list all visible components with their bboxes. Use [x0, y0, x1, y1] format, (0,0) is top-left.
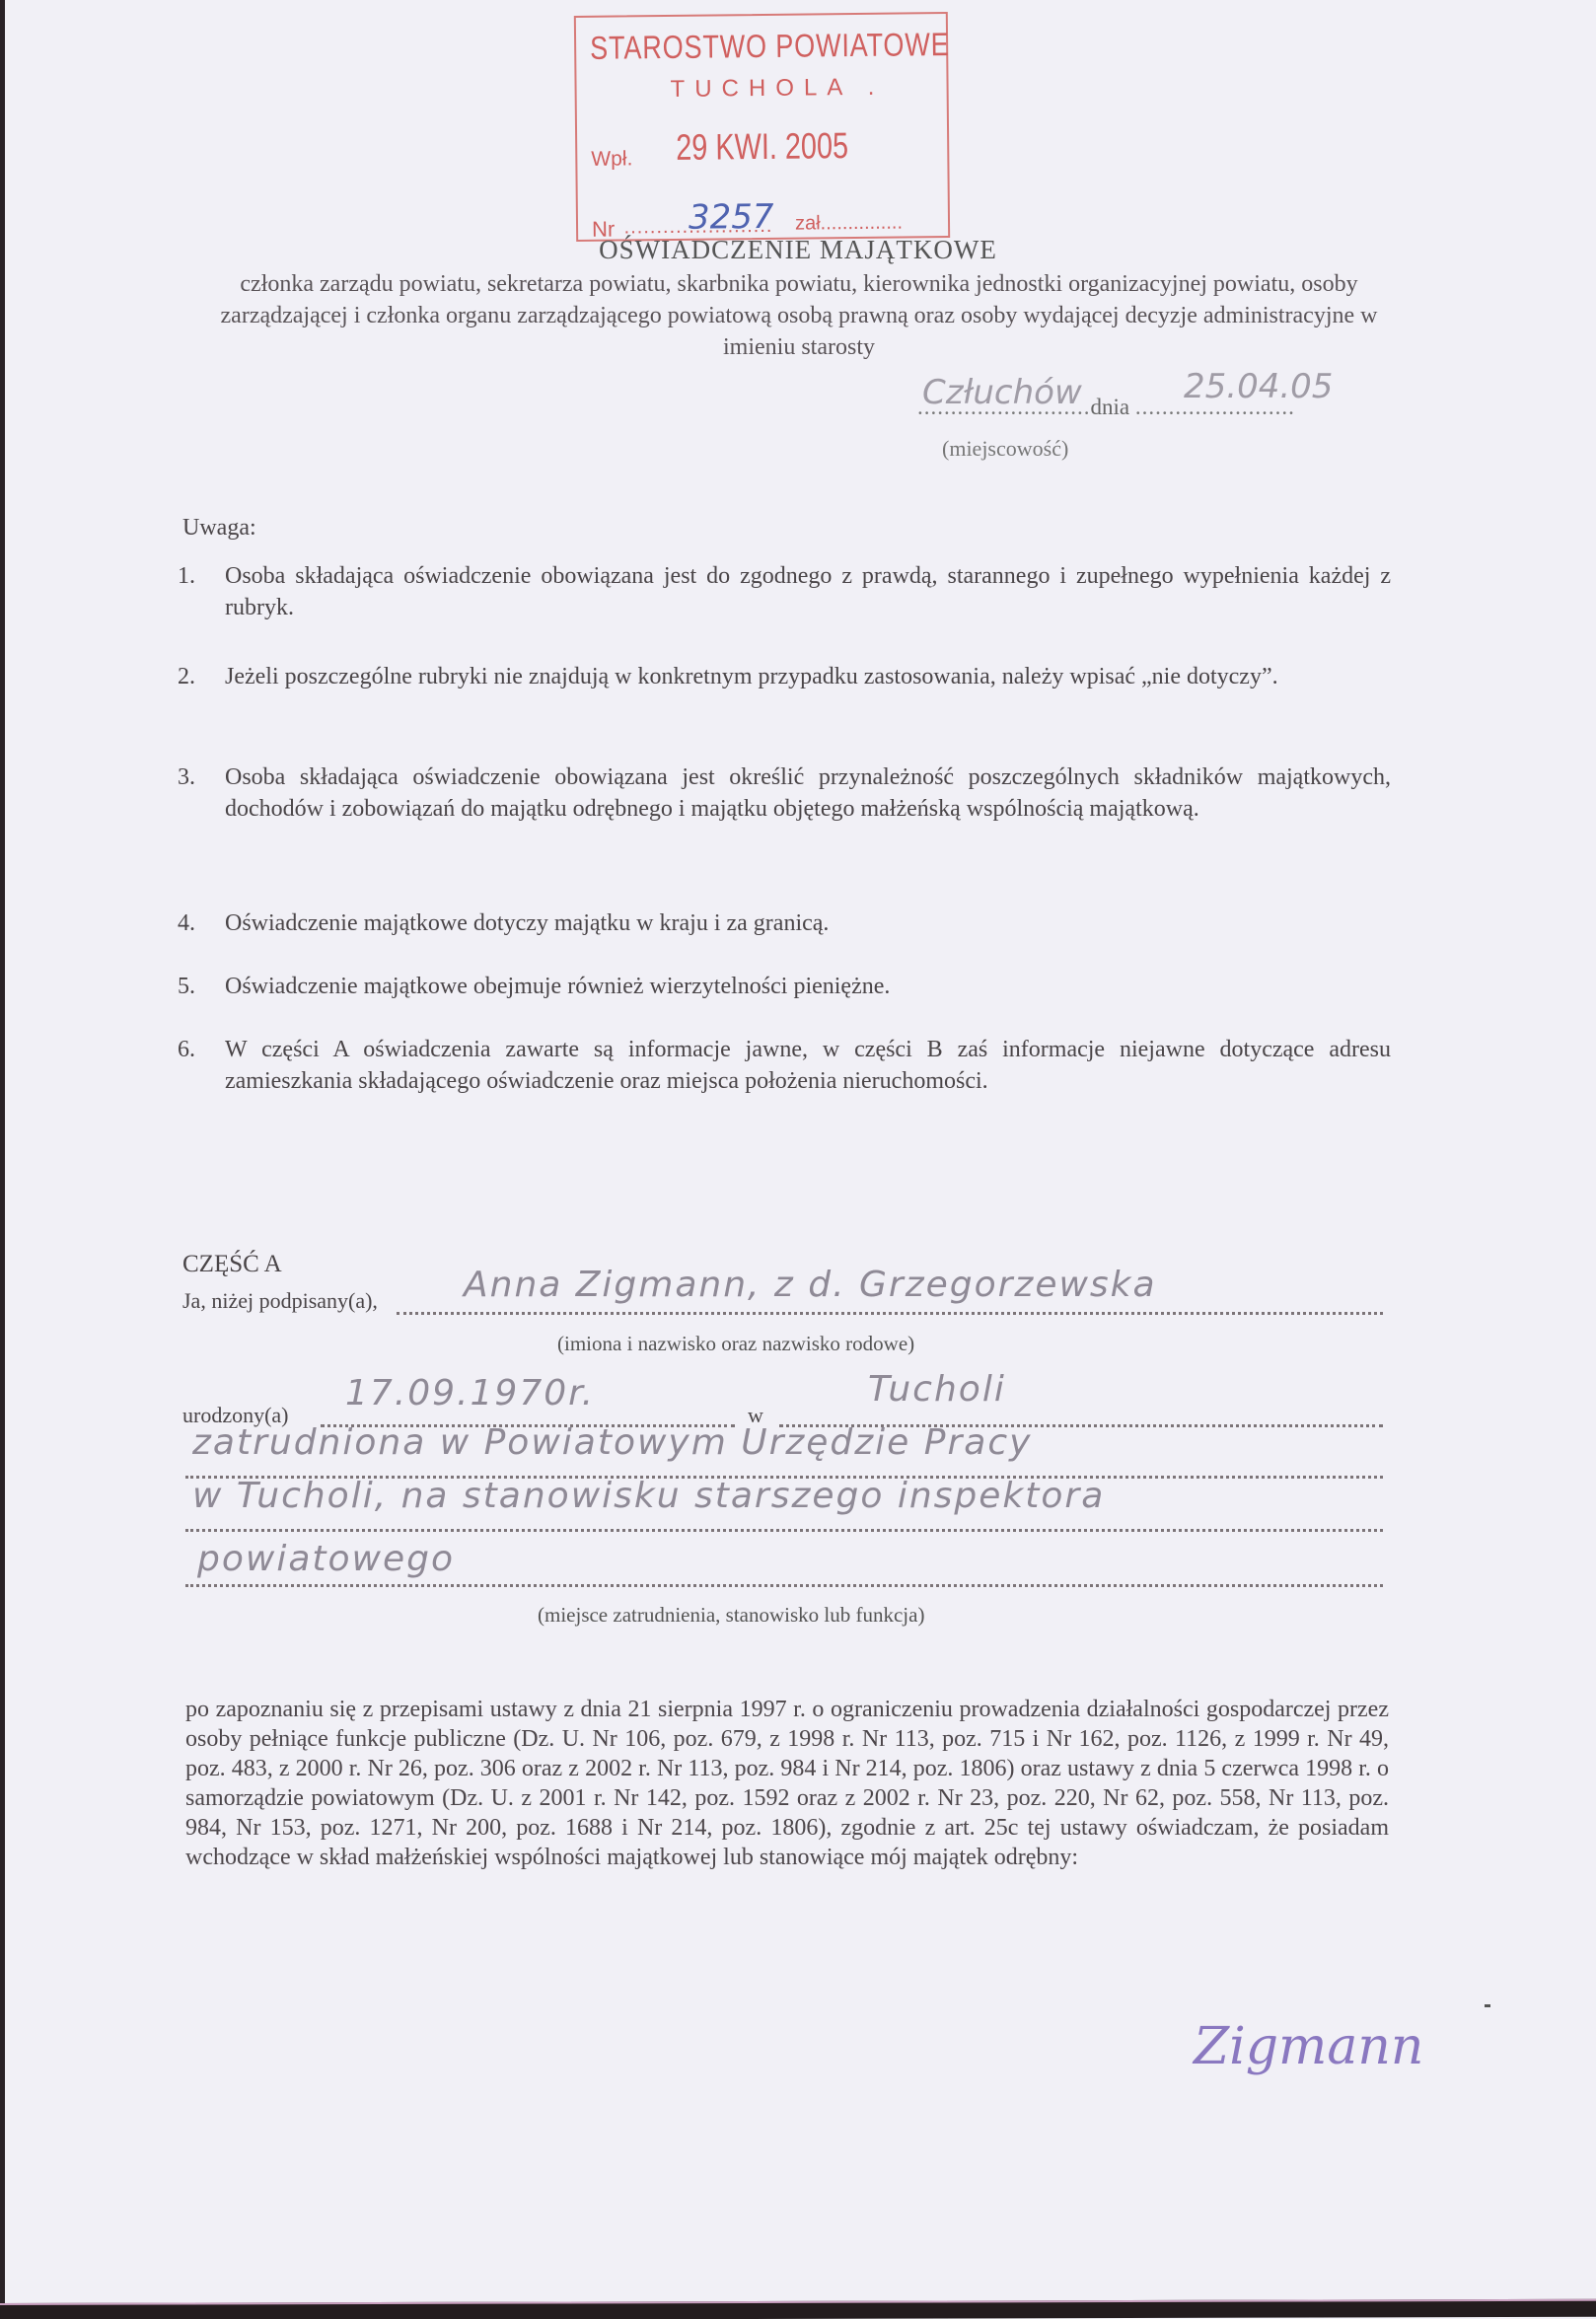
- employment-caption: (miejsce zatrudnienia, stanowisko lub fu…: [538, 1603, 924, 1628]
- note-item: 4. Oświadczenie majątkowe dotyczy majątk…: [178, 907, 1391, 939]
- stamp-city: TUCHOLA .: [670, 74, 884, 104]
- note-number: 6.: [178, 1034, 217, 1065]
- note-text: Osoba składająca oświadczenie obowiązana…: [225, 560, 1391, 623]
- document-subtitle: członka zarządu powiatu, sekretarza powi…: [187, 268, 1411, 363]
- part-a-heading: CZĘŚĆ A: [182, 1251, 282, 1278]
- born-date-handwritten: 17.09.1970r.: [345, 1373, 595, 1413]
- scan-mark: [1485, 2004, 1490, 2007]
- note-number: 2.: [178, 661, 217, 692]
- note-number: 4.: [178, 907, 217, 939]
- name-handwritten: Anna Zigmann, z d. Grzegorzewska: [464, 1265, 1157, 1305]
- dnia-label: dnia: [1091, 395, 1130, 419]
- note-item: 3. Osoba składająca oświadczenie obowiąz…: [178, 761, 1391, 825]
- place-dots: ..........................: [917, 395, 1091, 419]
- stamp-received-label: Wpł.: [591, 147, 632, 171]
- note-text: W części A oświadczenia zawarte są infor…: [225, 1034, 1391, 1097]
- note-text: Osoba składająca oświadczenie obowiązana…: [225, 761, 1391, 825]
- name-caption: (imiona i nazwisko oraz nazwisko rodowe): [557, 1332, 914, 1356]
- name-label: Ja, niżej podpisany(a),: [182, 1288, 378, 1314]
- note-item: 2. Jeżeli poszczególne rubryki nie znajd…: [178, 661, 1391, 692]
- note-item: 1. Osoba składająca oświadczenie obowiąz…: [178, 560, 1391, 623]
- place-caption: (miejscowość): [942, 436, 1068, 462]
- stamp-number-value: 3257: [689, 197, 774, 238]
- stamp-attachments-label: zał...............: [795, 212, 903, 236]
- note-number: 1.: [178, 560, 217, 592]
- note-number: 5.: [178, 971, 217, 1002]
- place-date-line: ..........................dnia .........…: [917, 395, 1295, 420]
- employment-handwritten-3: powiatowego: [197, 1539, 455, 1579]
- note-item: 5. Oświadczenie majątkowe obejmuje równi…: [178, 971, 1391, 1002]
- legal-statement: po zapoznaniu się z przepisami ustawy z …: [185, 1695, 1389, 1872]
- signature: Zigmann: [1194, 2017, 1423, 2076]
- note-text: Oświadczenie majątkowe obejmuje również …: [225, 971, 1391, 1002]
- notes-heading: Uwaga:: [182, 515, 256, 542]
- scan-edge-bottom: [0, 2299, 1596, 2319]
- employment-handwritten-1: zatrudniona w Powiatowym Urzędzie Pracy: [192, 1422, 1032, 1463]
- note-number: 3.: [178, 761, 217, 793]
- note-text: Oświadczenie majątkowe dotyczy majątku w…: [225, 907, 1391, 939]
- note-text: Jeżeli poszczególne rubryki nie znajdują…: [225, 661, 1391, 692]
- stamp-received-date: 29 KWI. 2005: [676, 125, 848, 169]
- scan-edge-left: [0, 0, 5, 2319]
- born-place-handwritten: Tucholi: [868, 1369, 1006, 1410]
- registration-stamp: STAROSTWO POWIATOWE TUCHOLA . Wpł. 29 KW…: [574, 12, 950, 242]
- date-dots: ........................: [1135, 395, 1295, 419]
- note-item: 6. W części A oświadczenia zawarte są in…: [178, 1034, 1391, 1097]
- document-title: OŚWIADCZENIE MAJĄTKOWE: [0, 235, 1596, 265]
- employment-handwritten-2: w Tucholi, na stanowisku starszego inspe…: [192, 1476, 1105, 1516]
- stamp-office-name: STAROSTWO POWIATOWE: [590, 26, 950, 67]
